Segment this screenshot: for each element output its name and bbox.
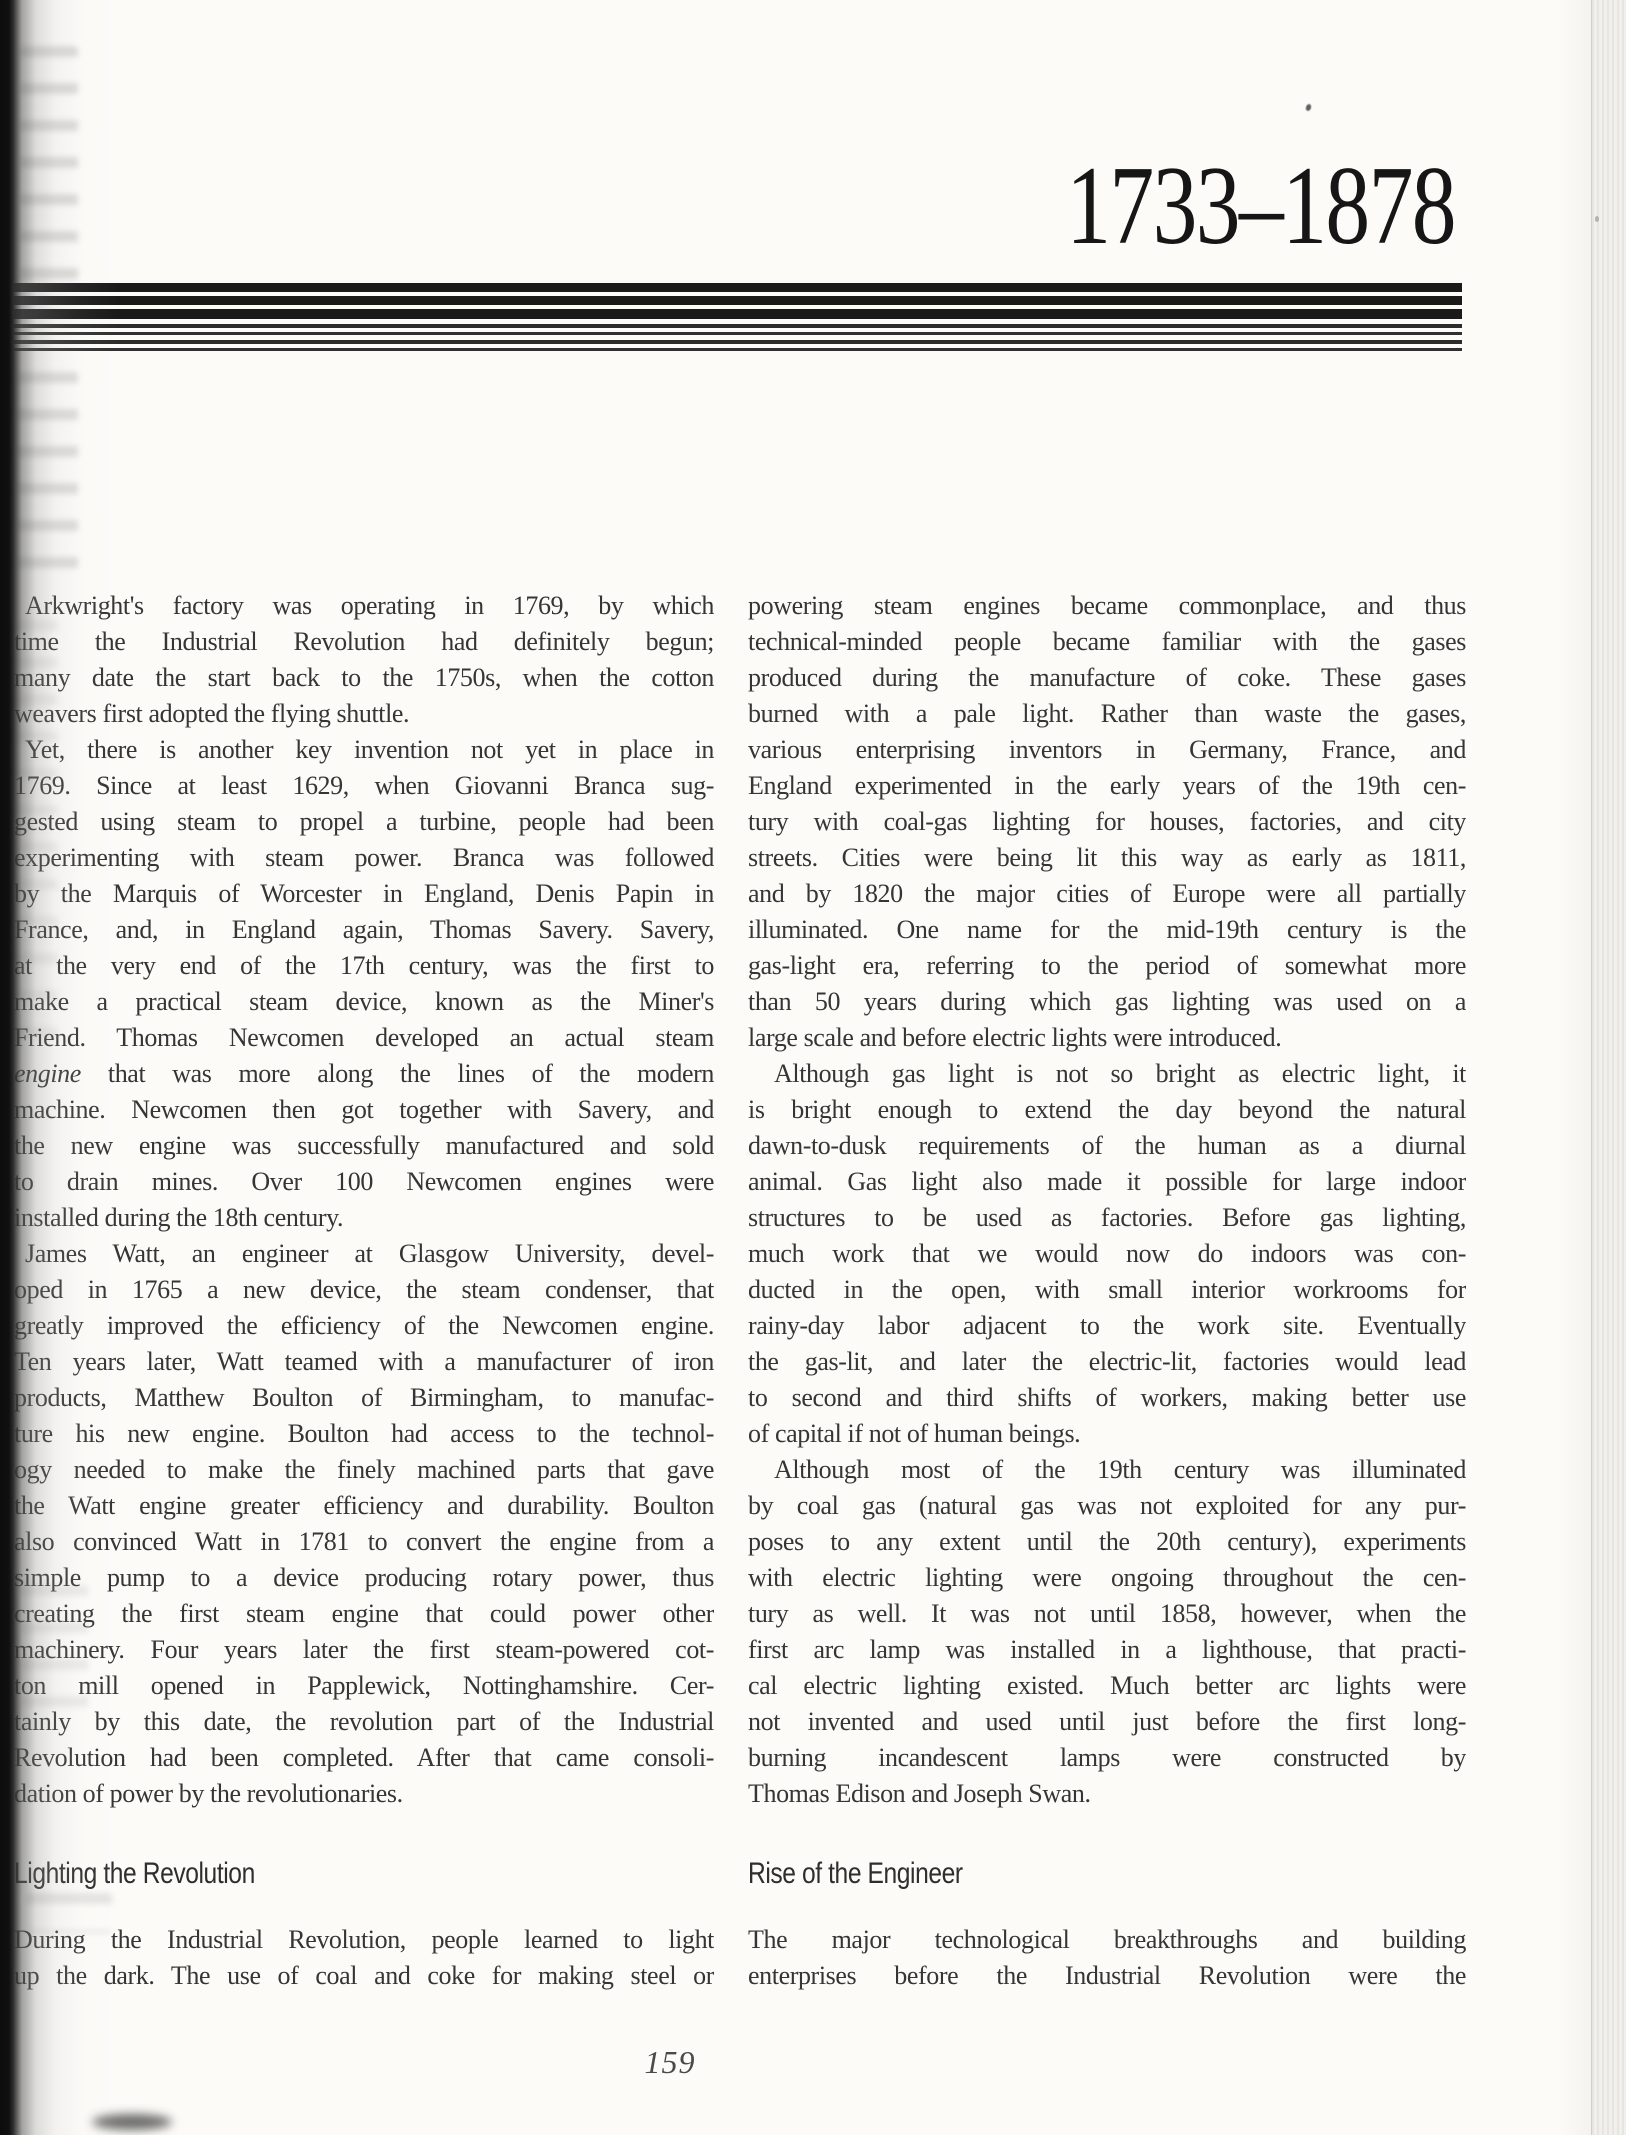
text-line: England experimented in the early years … xyxy=(748,768,1466,804)
text-line: cal electric lighting existed. Much bett… xyxy=(748,1668,1466,1704)
text-line: of capital if not of human beings. xyxy=(748,1416,1466,1452)
text-line: During the Industrial Revolution, people… xyxy=(14,1922,714,1958)
text-line: illuminated. One name for the mid-19th c… xyxy=(748,912,1466,948)
text-line: James Watt, an engineer at Glasgow Unive… xyxy=(14,1236,714,1272)
text-line: Although most of the 19th century was il… xyxy=(748,1452,1466,1488)
text-line: oped in 1765 a new device, the steam con… xyxy=(14,1272,714,1308)
text-line: Yet, there is another key invention not … xyxy=(14,732,714,768)
text-line: large scale and before electric lights w… xyxy=(748,1020,1466,1056)
rule-line xyxy=(0,348,1462,351)
text-line: by the Marquis of Worcester in England, … xyxy=(14,876,714,912)
paragraph: Arkwright's factory was operating in 176… xyxy=(14,588,714,732)
text-line: greatly improved the efficiency of the N… xyxy=(14,1308,714,1344)
text-line: rainy-day labor adjacent to the work sit… xyxy=(748,1308,1466,1344)
rule-line xyxy=(0,309,1462,319)
section-heading: Rise of the Engineer xyxy=(748,1856,1337,1892)
text-line: simple pump to a device producing rotary… xyxy=(14,1560,714,1596)
text-line: creating the first steam engine that cou… xyxy=(14,1596,714,1632)
text-line: the gas-lit, and later the electric-lit,… xyxy=(748,1344,1466,1380)
edge-speck xyxy=(1595,216,1599,222)
text-line: the new engine was successfully manufact… xyxy=(14,1128,714,1164)
text-line: to second and third shifts of workers, m… xyxy=(748,1380,1466,1416)
book-page-scan: { "page": { "era_title": "1733–1878", "p… xyxy=(0,0,1626,2135)
text-line: make a practical steam device, known as … xyxy=(14,984,714,1020)
text-line: animal. Gas light also made it possible … xyxy=(748,1164,1466,1200)
scan-smudge xyxy=(92,2114,172,2130)
page-edge-fade xyxy=(1558,0,1592,2135)
text-line: to drain mines. Over 100 Newcomen engine… xyxy=(14,1164,714,1200)
show-through-smudge xyxy=(20,46,78,281)
text-line: France, and, in England again, Thomas Sa… xyxy=(14,912,714,948)
text-line: the Watt engine greater efficiency and d… xyxy=(14,1488,714,1524)
text-line: and by 1820 the major cities of Europe w… xyxy=(748,876,1466,912)
text-line: machine. Newcomen then got together with… xyxy=(14,1092,714,1128)
text-line: dation of power by the revolutionaries. xyxy=(14,1776,714,1812)
text-line: first arc lamp was installed in a lighth… xyxy=(748,1632,1466,1668)
text-line: The major technological breakthroughs an… xyxy=(748,1922,1466,1958)
text-line: Friend. Thomas Newcomen developed an act… xyxy=(14,1020,714,1056)
paragraph: James Watt, an engineer at Glasgow Unive… xyxy=(14,1236,714,1812)
text-line: much work that we would now do indoors w… xyxy=(748,1236,1466,1272)
ink-speck xyxy=(1305,103,1312,111)
text-line: burned with a pale light. Rather than wa… xyxy=(748,696,1466,732)
paragraph: Although gas light is not so bright as e… xyxy=(748,1056,1466,1452)
text-line: up the dark. The use of coal and coke fo… xyxy=(14,1958,714,1994)
text-line: time the Industrial Revolution had defin… xyxy=(14,624,714,660)
text-line: ton mill opened in Papplewick, Nottingha… xyxy=(14,1668,714,1704)
text-line: gested using steam to propel a turbine, … xyxy=(14,804,714,840)
text-line: streets. Cities were being lit this way … xyxy=(748,840,1466,876)
paragraph: During the Industrial Revolution, people… xyxy=(14,1922,714,1994)
text-line: ture his new engine. Boulton had access … xyxy=(14,1416,714,1452)
text-line: powering steam engines became commonplac… xyxy=(748,588,1466,624)
text-line: Although gas light is not so bright as e… xyxy=(748,1056,1466,1092)
show-through-smudge xyxy=(16,372,78,587)
text-line: Revolution had been completed. After tha… xyxy=(14,1740,714,1776)
text-line: not invented and used until just before … xyxy=(748,1704,1466,1740)
text-line: also convinced Watt in 1781 to convert t… xyxy=(14,1524,714,1560)
text-line: is bright enough to extend the day beyon… xyxy=(748,1092,1466,1128)
text-line: installed during the 18th century. xyxy=(14,1200,714,1236)
text-line: technical-minded people became familiar … xyxy=(748,624,1466,660)
text-line: many date the start back to the 1750s, w… xyxy=(14,660,714,696)
rule-line xyxy=(0,296,1462,305)
rule-line xyxy=(0,340,1462,344)
text-line: Arkwright's factory was operating in 176… xyxy=(14,588,714,624)
chapter-era-title: 1733–1878 xyxy=(1066,150,1455,262)
text-line: enterprises before the Industrial Revolu… xyxy=(748,1958,1466,1994)
text-line: engine that was more along the lines of … xyxy=(14,1056,714,1092)
text-line: at the very end of the 17th century, was… xyxy=(14,948,714,984)
page-edge-band xyxy=(1591,0,1626,2135)
text-line: Ten years later, Watt teamed with a manu… xyxy=(14,1344,714,1380)
rule-line xyxy=(0,324,1462,328)
right-column: powering steam engines became commonplac… xyxy=(748,588,1466,1994)
section-heading: Lighting the Revolution xyxy=(14,1856,588,1892)
text-line: tainly by this date, the revolution part… xyxy=(14,1704,714,1740)
text-line: weavers first adopted the flying shuttle… xyxy=(14,696,714,732)
text-line: dawn-to-dusk requirements of the human a… xyxy=(748,1128,1466,1164)
text-line: by coal gas (natural gas was not exploit… xyxy=(748,1488,1466,1524)
text-line: tury with coal-gas lighting for houses, … xyxy=(748,804,1466,840)
paragraph: Although most of the 19th century was il… xyxy=(748,1452,1466,1812)
left-column: Arkwright's factory was operating in 176… xyxy=(14,588,714,1994)
text-line: experimenting with steam power. Branca w… xyxy=(14,840,714,876)
text-line: structures to be used as factories. Befo… xyxy=(748,1200,1466,1236)
text-line: tury as well. It was not until 1858, how… xyxy=(748,1596,1466,1632)
text-line: Thomas Edison and Joseph Swan. xyxy=(748,1776,1466,1812)
text-line: ducted in the open, with small interior … xyxy=(748,1272,1466,1308)
text-line: than 50 years during which gas lighting … xyxy=(748,984,1466,1020)
paragraph: The major technological breakthroughs an… xyxy=(748,1922,1466,1994)
text-line: machinery. Four years later the first st… xyxy=(14,1632,714,1668)
text-line: with electric lighting were ongoing thro… xyxy=(748,1560,1466,1596)
text-line: produced during the manufacture of coke.… xyxy=(748,660,1466,696)
paragraph: powering steam engines became commonplac… xyxy=(748,588,1466,1056)
page-number: 159 xyxy=(620,2044,720,2081)
text-line: poses to any extent until the 20th centu… xyxy=(748,1524,1466,1560)
text-line: gas-light era, referring to the period o… xyxy=(748,948,1466,984)
text-line: various enterprising inventors in German… xyxy=(748,732,1466,768)
text-line: burning incandescent lamps were construc… xyxy=(748,1740,1466,1776)
rule-line xyxy=(0,332,1462,335)
text-line: ogy needed to make the finely machined p… xyxy=(14,1452,714,1488)
text-line: products, Matthew Boulton of Birmingham,… xyxy=(14,1380,714,1416)
text-line: 1769. Since at least 1629, when Giovanni… xyxy=(14,768,714,804)
rule-line xyxy=(0,283,1462,292)
paragraph: Yet, there is another key invention not … xyxy=(14,732,714,1236)
